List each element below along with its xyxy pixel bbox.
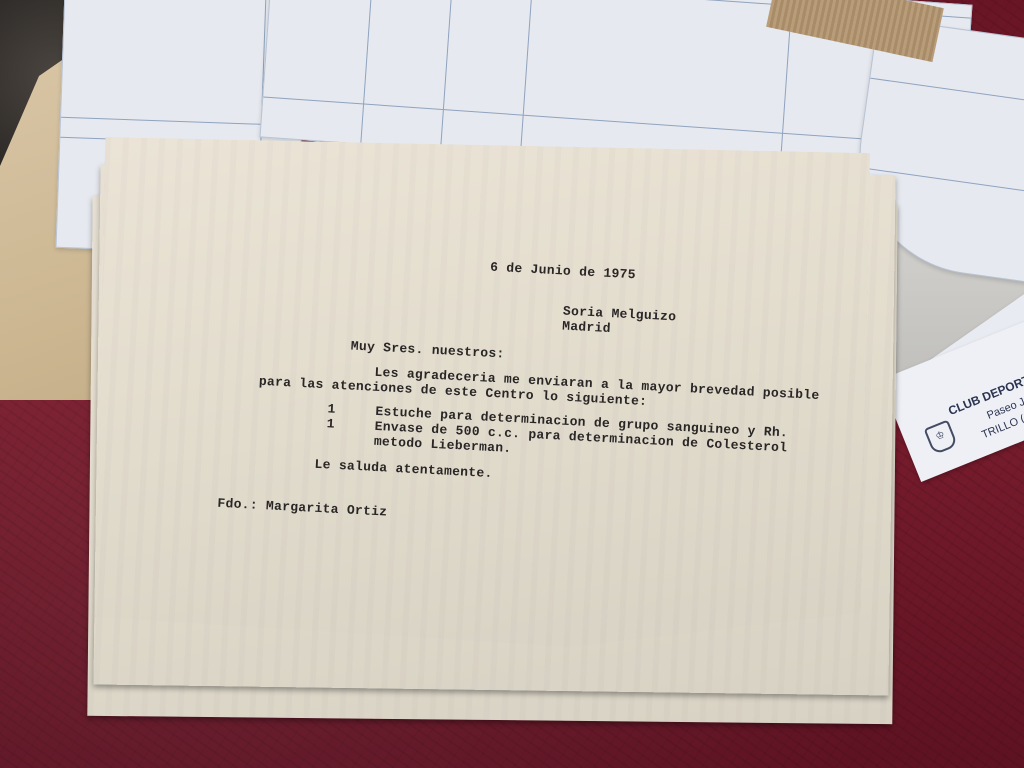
form-rule	[263, 96, 961, 146]
crest-icon: ♔	[924, 420, 959, 456]
form-rule	[440, 0, 454, 149]
form-rule	[360, 0, 374, 143]
typewritten-letter: 6 de Junio de 1975 Soria Melguizo Madrid…	[95, 137, 870, 653]
signature: Fdo.: Margarita Ortiz	[217, 496, 388, 520]
recipient-city: Madrid	[562, 319, 611, 337]
letter-date: 6 de Junio de 1975	[490, 260, 636, 283]
closing: Le saluda atentamente.	[314, 457, 493, 481]
item-quantity: 1	[327, 401, 336, 416]
salutation: Muy Sres. nuestros:	[350, 338, 505, 361]
item-quantity: 1	[326, 416, 335, 431]
form-rule	[870, 78, 1024, 107]
letter-text: 6 de Junio de 1975 Soria Melguizo Madrid…	[86, 128, 876, 667]
form-rule	[520, 0, 534, 155]
